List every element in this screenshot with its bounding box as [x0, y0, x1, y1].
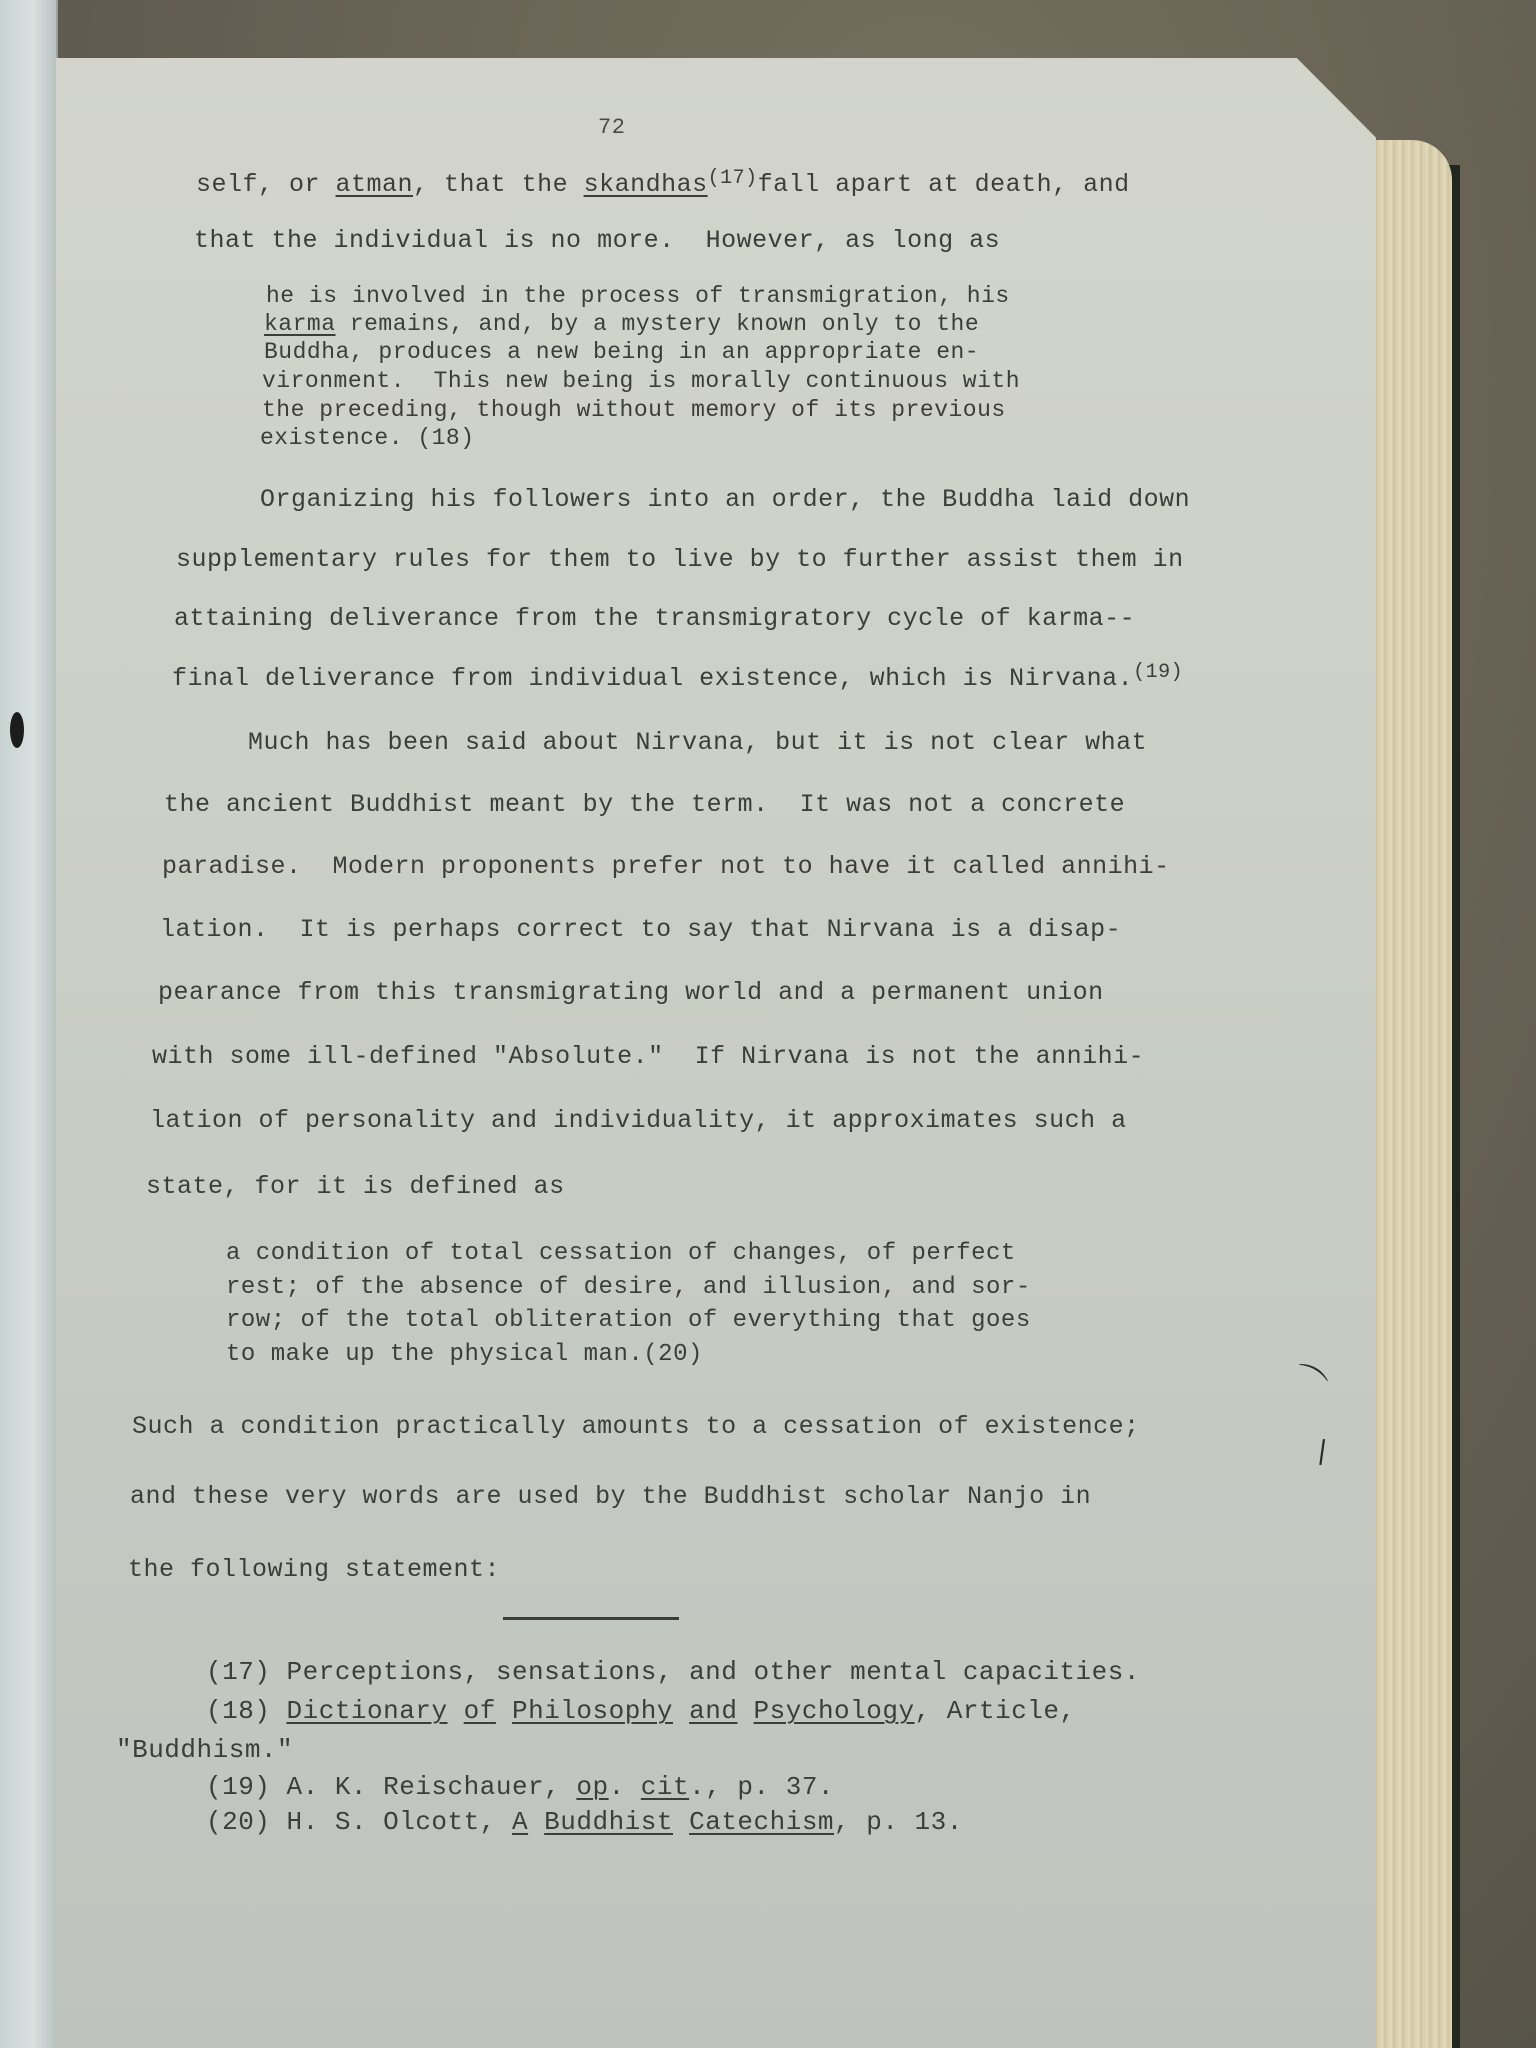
- body-line: Organizing his followers into an order, …: [260, 485, 1190, 514]
- footnote-18: (18) Dictionary of Philosophy and Psycho…: [206, 1696, 1076, 1726]
- quote-line: vironment. This new being is morally con…: [262, 368, 1020, 394]
- term-karma: karma: [264, 311, 336, 337]
- quote-line: existence. (18): [260, 425, 475, 451]
- body-line: attaining deliverance from the transmigr…: [174, 604, 1135, 633]
- body-line: with some ill-defined "Absolute." If Nir…: [152, 1042, 1144, 1071]
- quote-line: the preceding, though without memory of …: [262, 397, 1006, 423]
- footnote-ref-19: (19): [1133, 661, 1183, 684]
- body-line: state, for it is defined as: [146, 1172, 565, 1201]
- body-line: lation. It is perhaps correct to say tha…: [160, 915, 1121, 944]
- quote-line: he is involved in the process of transmi…: [266, 283, 1010, 309]
- footnote-ref-17: (17): [708, 167, 758, 190]
- body-line: Much has been said about Nirvana, but it…: [248, 728, 1147, 757]
- quote-line: a condition of total cessation of change…: [226, 1240, 1016, 1267]
- body-line: paradise. Modern proponents prefer not t…: [162, 852, 1170, 881]
- quote-line: Buddha, produces a new being in an appro…: [264, 339, 979, 365]
- body-line: the ancient Buddhist meant by the term. …: [164, 790, 1125, 819]
- body-line: self, or atman, that the skandhas(17)fal…: [196, 170, 1130, 199]
- facing-page-edge: [0, 0, 58, 2048]
- body-line: and these very words are used by the Bud…: [130, 1482, 1091, 1511]
- body-line: lation of personality and individuality,…: [150, 1106, 1127, 1135]
- body-line: that the individual is no more. However,…: [194, 226, 1000, 255]
- footnote-17: (17) Perceptions, sensations, and other …: [206, 1657, 1140, 1687]
- quote-line: row; of the total obliteration of everyt…: [226, 1307, 1031, 1334]
- body-line: the following statement:: [128, 1555, 500, 1584]
- quote-line: rest; of the absence of desire, and illu…: [226, 1274, 1031, 1301]
- footnote-19: (19) A. K. Reischauer, op. cit., p. 37.: [206, 1772, 834, 1802]
- footnote-18-continued: "Buddhism.": [116, 1735, 293, 1765]
- footnote-20: (20) H. S. Olcott, A Buddhist Catechism,…: [206, 1807, 963, 1837]
- page-number: 72: [598, 115, 625, 140]
- term-atman: atman: [336, 170, 414, 199]
- body-line: supplementary rules for them to live by …: [176, 545, 1184, 574]
- body-line: pearance from this transmigrating world …: [158, 978, 1104, 1007]
- term-skandhas: skandhas: [584, 170, 708, 199]
- binding-hole: [10, 712, 24, 748]
- page-stack-edge: [1370, 140, 1452, 2048]
- footnote-divider: [503, 1617, 679, 1620]
- body-line: final deliverance from individual existe…: [172, 664, 1183, 693]
- body-line: Such a condition practically amounts to …: [132, 1412, 1140, 1441]
- quote-line: karma remains, and, by a mystery known o…: [264, 311, 979, 337]
- quote-line: to make up the physical man.(20): [226, 1341, 703, 1368]
